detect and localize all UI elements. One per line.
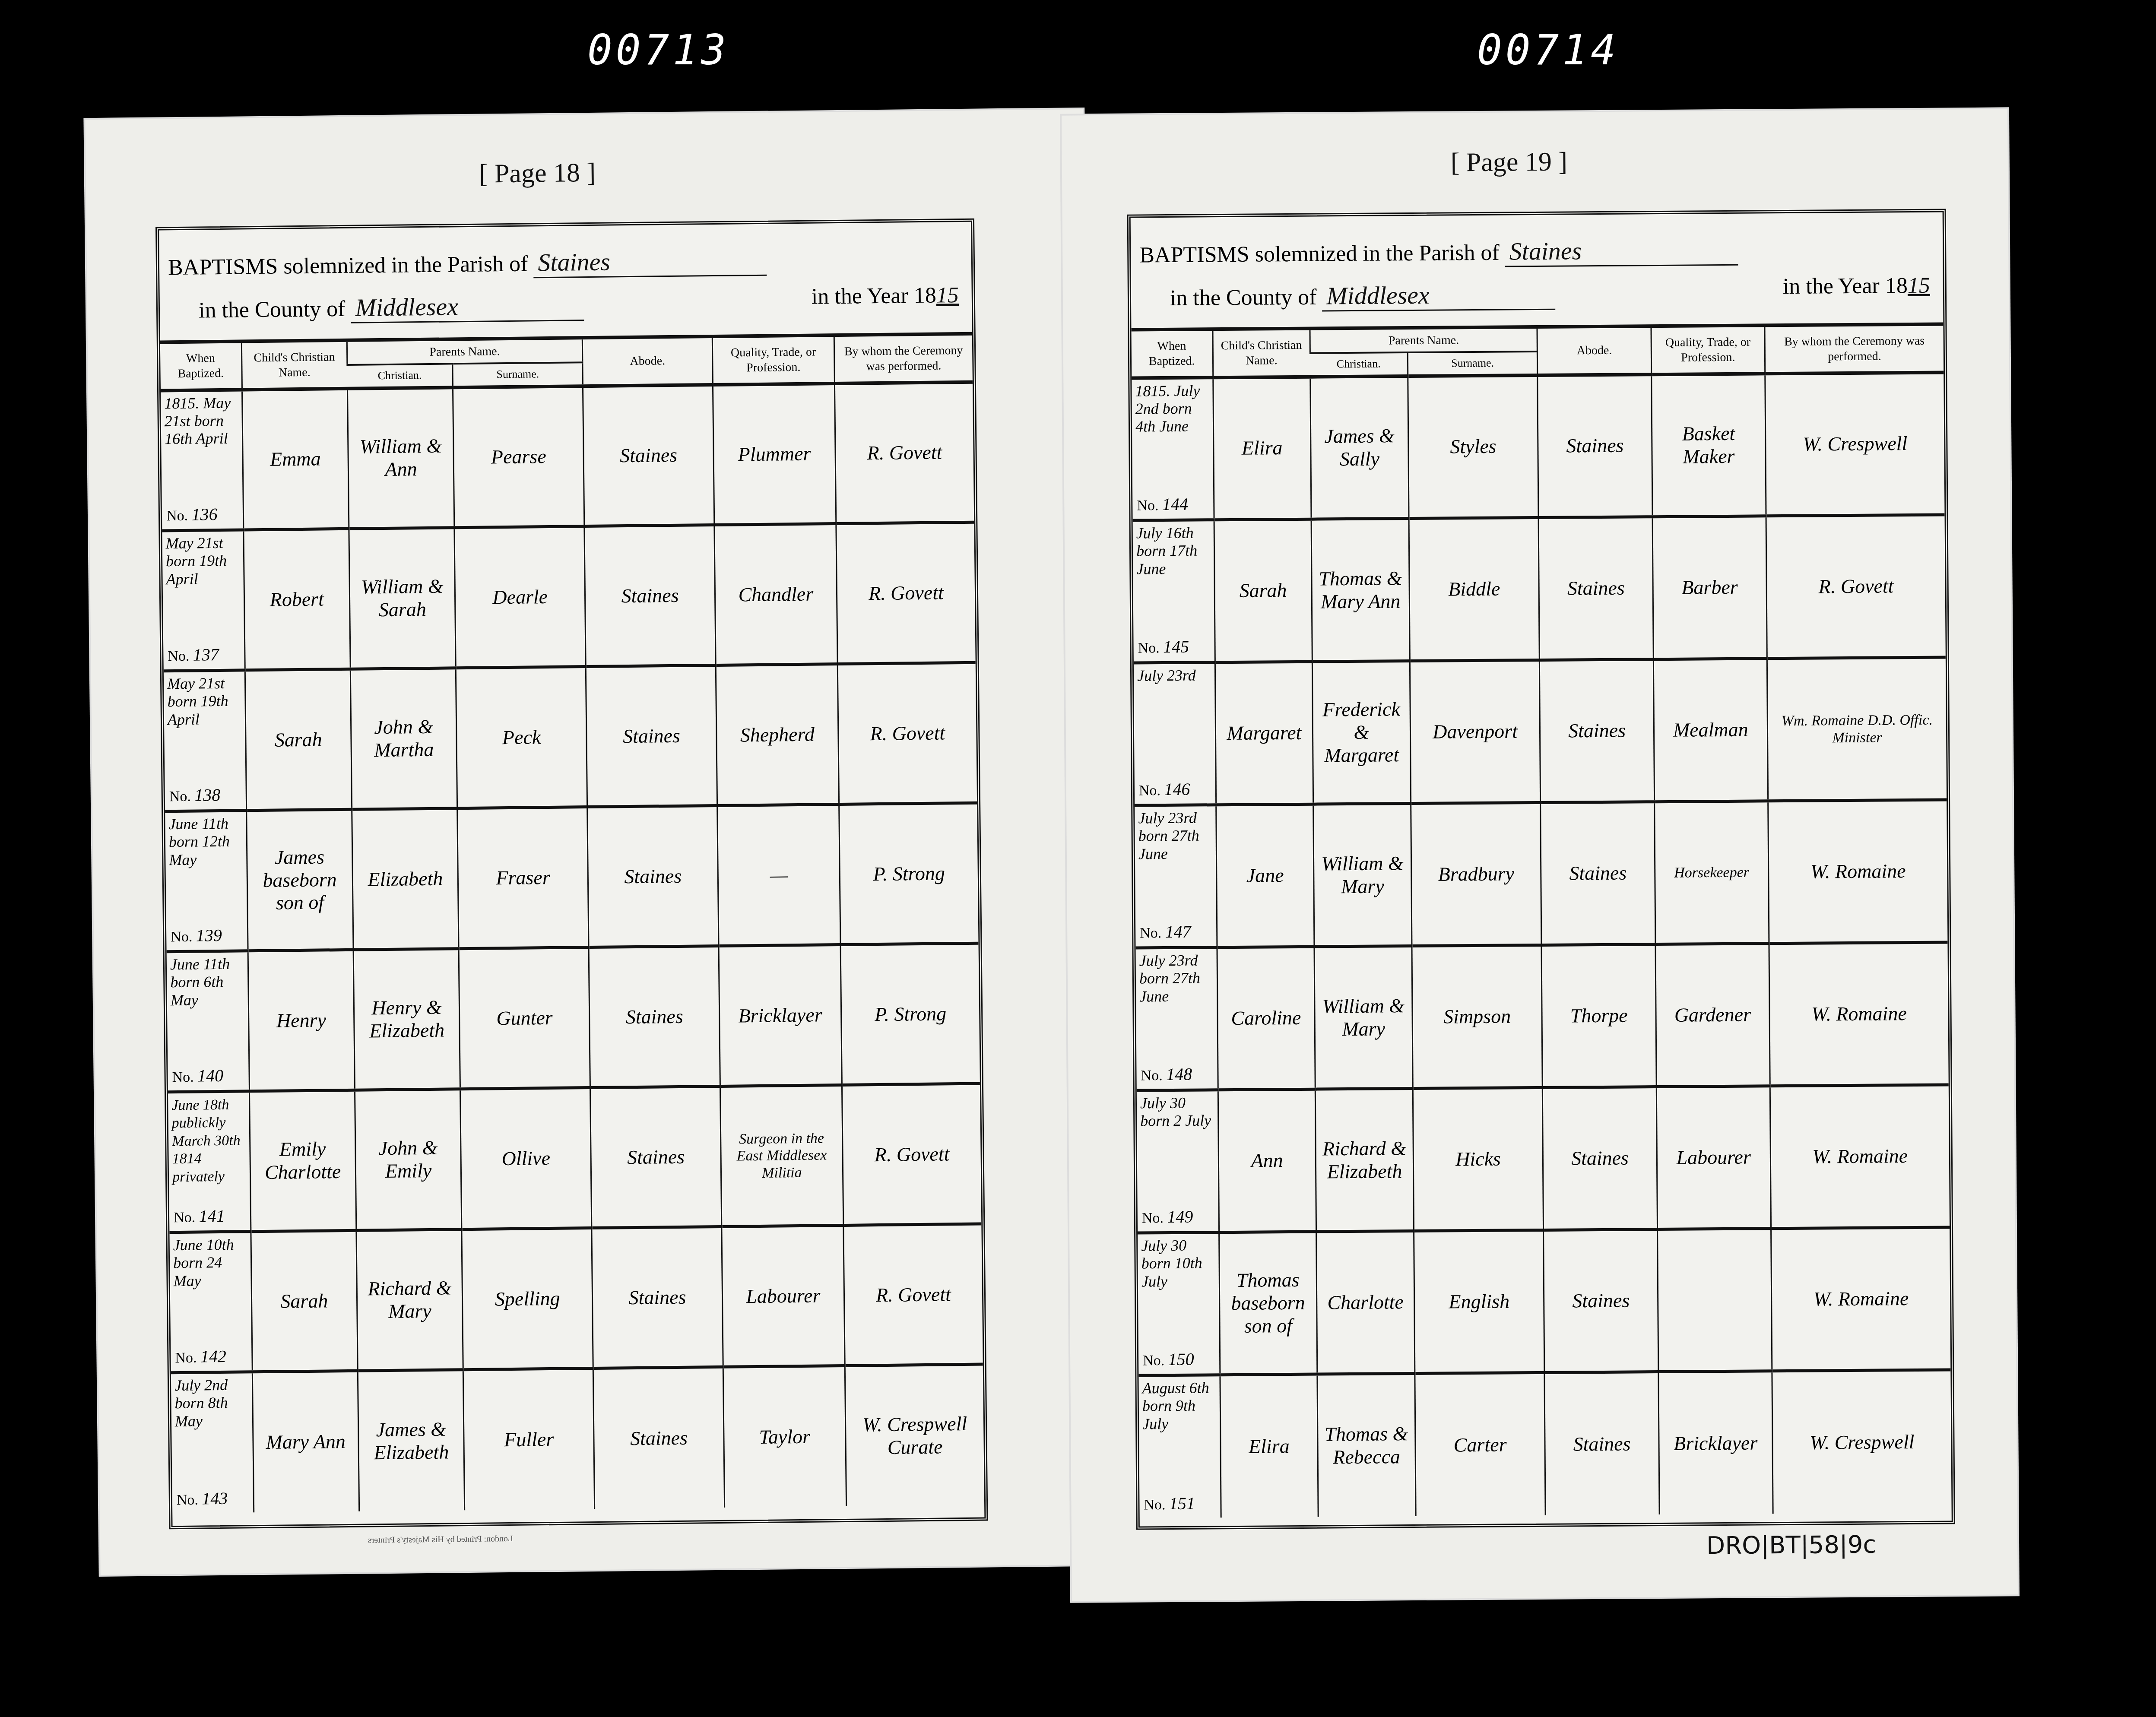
when-cell: 1815. May 21st born 16th AprilNo. 136 bbox=[161, 390, 243, 531]
trade-cell: Gardener bbox=[1655, 944, 1770, 1087]
when-cell: July 16th born 17th JuneNo. 145 bbox=[1133, 520, 1215, 663]
trade-cell: Mealman bbox=[1653, 659, 1768, 802]
entry-number: No. 146 bbox=[1139, 779, 1190, 800]
baptism-register: BAPTISMS solemnized in the Parish of Sta… bbox=[155, 219, 988, 1530]
col-by-whom: By whom the Ceremony was performed. bbox=[1765, 326, 1944, 373]
col-when: When Baptized. bbox=[1132, 331, 1213, 378]
table-row: May 21st born 19th AprilNo. 137RobertWil… bbox=[162, 522, 975, 671]
col-abode: Abode. bbox=[1537, 328, 1651, 375]
abode-cell: Thorpe bbox=[1541, 944, 1656, 1088]
register-header: BAPTISMS solemnized in the Parish of Sta… bbox=[1131, 212, 1944, 331]
when-cell: July 30 born 2 JulyNo. 149 bbox=[1137, 1090, 1219, 1233]
child-cell: Sarah bbox=[250, 1230, 358, 1372]
child-cell: Ann bbox=[1218, 1089, 1316, 1232]
printer-imprint: London: Printed by His Majesty's Printer… bbox=[368, 1534, 514, 1546]
abode-cell: Staines bbox=[590, 1086, 722, 1228]
frame-number-right: 00714 bbox=[1477, 26, 1619, 74]
table-row: June 18th publickly March 30th 1814 priv… bbox=[168, 1083, 981, 1232]
when-cell: June 18th publickly March 30th 1814 priv… bbox=[168, 1091, 250, 1232]
col-parents: Parents Name. bbox=[347, 339, 583, 365]
abode-cell: Staines bbox=[1538, 374, 1652, 518]
entry-number: No. 151 bbox=[1144, 1493, 1195, 1514]
county-label: in the County of bbox=[199, 297, 346, 323]
child-cell: Thomas baseborn son of bbox=[1219, 1232, 1317, 1375]
abode-cell: Staines bbox=[584, 525, 716, 666]
minister-cell: R. Govett bbox=[842, 1083, 981, 1225]
parish-name: Staines bbox=[533, 246, 767, 279]
table-row: 1815. July 2nd born 4th JuneNo. 144Elira… bbox=[1132, 372, 1944, 520]
trade-cell bbox=[1657, 1229, 1772, 1372]
col-child: Child's Christian Name. bbox=[1213, 330, 1310, 377]
abode-cell: Staines bbox=[1544, 1229, 1658, 1373]
entry-number: No. 147 bbox=[1140, 922, 1191, 942]
minister-cell: P. Strong bbox=[839, 803, 978, 944]
when-cell: July 30 born 10th JulyNo. 150 bbox=[1138, 1232, 1220, 1375]
surname-cell: Pearse bbox=[453, 386, 584, 528]
parent-christian-cell: Richard & Elizabeth bbox=[1315, 1089, 1414, 1232]
trade-cell: Barber bbox=[1652, 516, 1767, 659]
minister-cell: R. Govett bbox=[1766, 515, 1946, 659]
entry-number: No. 142 bbox=[175, 1346, 226, 1367]
surname-cell: Styles bbox=[1408, 375, 1538, 519]
county-name: Middlesex bbox=[351, 291, 584, 323]
table-row: July 23rd born 27th JuneNo. 148CarolineW… bbox=[1135, 942, 1948, 1090]
child-cell: James baseborn son of bbox=[246, 809, 353, 951]
surname-cell: Ollive bbox=[460, 1088, 592, 1229]
abode-cell: Staines bbox=[1540, 659, 1654, 803]
col-parent-christian: Christian. bbox=[347, 364, 453, 388]
surname-cell: Bradbury bbox=[1411, 802, 1541, 946]
parent-christian-cell: Richard & Mary bbox=[356, 1229, 463, 1371]
abode-cell: Staines bbox=[593, 1367, 724, 1508]
when-cell: August 6th born 9th JulyNo. 151 bbox=[1138, 1375, 1221, 1518]
abode-cell: Staines bbox=[583, 385, 714, 526]
table-row: June 11th born 6th MayNo. 140HenryHenry … bbox=[167, 943, 980, 1092]
table-row: July 30 born 2 JulyNo. 149AnnRichard & E… bbox=[1137, 1085, 1950, 1233]
abode-cell: Staines bbox=[1544, 1372, 1659, 1515]
trade-cell: — bbox=[717, 805, 840, 946]
when-cell: May 21st born 19th AprilNo. 138 bbox=[164, 670, 246, 811]
year-suffix: 15 bbox=[1908, 273, 1930, 298]
abode-cell: Staines bbox=[586, 665, 717, 807]
parent-christian-cell: Charlotte bbox=[1316, 1231, 1415, 1375]
parent-christian-cell: William & Ann bbox=[347, 387, 454, 529]
trade-cell: Basket Maker bbox=[1651, 374, 1766, 517]
abode-cell: Staines bbox=[1539, 517, 1653, 660]
table-row: June 10th born 24 MayNo. 142SarahRichard… bbox=[169, 1224, 983, 1373]
parent-christian-cell: Thomas & Mary Ann bbox=[1311, 519, 1410, 662]
parent-christian-cell: John & Martha bbox=[350, 668, 457, 810]
surname-cell: Peck bbox=[456, 667, 587, 808]
baptism-table: When Baptized. Child's Christian Name. P… bbox=[160, 336, 984, 1513]
page-label: [ Page 18 ] bbox=[479, 158, 596, 190]
minister-cell: W. Romaine bbox=[1768, 800, 1947, 944]
parent-christian-cell: William & Mary bbox=[1313, 804, 1412, 947]
minister-cell: W. Crespwell bbox=[1772, 1370, 1952, 1514]
child-cell: Sarah bbox=[1214, 519, 1313, 662]
year-label: in the Year 18 bbox=[812, 283, 936, 309]
col-parent-surname: Surname. bbox=[453, 362, 583, 387]
minister-cell: W. Romaine bbox=[1769, 942, 1949, 1086]
table-row: July 23rdNo. 146MargaretFrederick & Marg… bbox=[1134, 657, 1947, 805]
abode-cell: Staines bbox=[592, 1226, 723, 1368]
trade-cell: Labourer bbox=[722, 1225, 845, 1367]
minister-cell: R. Govett bbox=[843, 1224, 983, 1365]
table-row: August 6th born 9th JulyNo. 151EliraThom… bbox=[1138, 1370, 1951, 1518]
entry-number: No. 139 bbox=[171, 925, 222, 946]
table-row: June 11th born 12th MayNo. 139James base… bbox=[165, 803, 978, 952]
entry-number: No. 145 bbox=[1138, 637, 1189, 657]
county-name: Middlesex bbox=[1322, 280, 1555, 312]
trade-cell: Surgeon in the East Middlesex Militia bbox=[720, 1085, 843, 1226]
child-cell: Caroline bbox=[1217, 947, 1315, 1090]
entry-number: No. 150 bbox=[1143, 1350, 1194, 1370]
minister-cell: W. Romaine bbox=[1771, 1227, 1950, 1371]
year-label: in the Year 18 bbox=[1783, 273, 1908, 299]
minister-cell: R. Govett bbox=[834, 382, 974, 523]
child-cell: Elira bbox=[1220, 1374, 1318, 1517]
col-trade: Quality, Trade, or Profession. bbox=[712, 337, 834, 384]
table-row: July 23rd born 27th JuneNo. 147JaneWilli… bbox=[1135, 800, 1947, 948]
entry-number: No. 137 bbox=[168, 645, 219, 665]
child-cell: Robert bbox=[243, 529, 350, 670]
entry-number: No. 148 bbox=[1141, 1064, 1192, 1085]
table-row: 1815. May 21st born 16th AprilNo. 136Emm… bbox=[161, 382, 974, 531]
when-cell: June 11th born 6th MayNo. 140 bbox=[167, 951, 249, 1092]
when-cell: June 10th born 24 MayNo. 142 bbox=[169, 1232, 252, 1373]
table-row: July 2nd born 8th MayNo. 143Mary AnnJame… bbox=[171, 1364, 984, 1513]
child-cell: Elira bbox=[1213, 377, 1311, 520]
child-cell: Emma bbox=[242, 388, 349, 530]
minister-cell: R. Govett bbox=[836, 522, 976, 664]
trade-cell: Bricklayer bbox=[719, 944, 842, 1086]
parent-christian-cell: John & Emily bbox=[355, 1089, 462, 1231]
entry-number: No. 143 bbox=[177, 1488, 228, 1508]
register-page-right: [ Page 19 ] BAPTISMS solemnized in the P… bbox=[1062, 109, 2018, 1601]
baptism-register: BAPTISMS solemnized in the Parish of Sta… bbox=[1127, 209, 1955, 1530]
child-cell: Jane bbox=[1216, 804, 1314, 947]
register-page-left: [ Page 18 ] BAPTISMS solemnized in the P… bbox=[85, 109, 1098, 1575]
abode-cell: Staines bbox=[589, 946, 720, 1087]
minister-cell: W. Crespwell bbox=[1765, 372, 1945, 516]
abode-cell: Staines bbox=[1543, 1087, 1657, 1230]
when-cell: June 11th born 12th MayNo. 139 bbox=[165, 811, 247, 952]
table-row: May 21st born 19th AprilNo. 138SarahJohn… bbox=[164, 662, 977, 811]
surname-cell: Spelling bbox=[462, 1228, 593, 1370]
col-parent-surname: Surname. bbox=[1408, 352, 1538, 376]
when-cell: 1815. July 2nd born 4th JuneNo. 144 bbox=[1132, 377, 1214, 520]
trade-cell: Shepherd bbox=[716, 664, 839, 806]
year-suffix: 15 bbox=[936, 283, 959, 308]
parent-christian-cell: Frederick & Margaret bbox=[1312, 661, 1411, 805]
trade-cell: Taylor bbox=[723, 1365, 846, 1507]
col-when: When Baptized. bbox=[160, 343, 242, 390]
when-cell: July 23rdNo. 146 bbox=[1134, 662, 1216, 805]
col-by-whom: By whom the Ceremony was performed. bbox=[834, 336, 973, 383]
page-label: [ Page 19 ] bbox=[1451, 147, 1568, 178]
surname-cell: Fuller bbox=[463, 1369, 595, 1510]
minister-cell: Wm. Romaine D.D. Offic. Minister bbox=[1767, 657, 1947, 801]
surname-cell: Dearle bbox=[454, 526, 586, 668]
surname-cell: Fraser bbox=[457, 807, 589, 949]
parent-christian-cell: William & Mary bbox=[1314, 946, 1413, 1090]
surname-cell: English bbox=[1414, 1230, 1544, 1373]
surname-cell: Carter bbox=[1415, 1372, 1546, 1516]
table-row: July 16th born 17th JuneNo. 145SarahThom… bbox=[1133, 515, 1946, 663]
trade-cell: Chandler bbox=[714, 524, 837, 665]
register-title: BAPTISMS solemnized in the Parish of bbox=[1139, 241, 1500, 268]
entry-number: No. 141 bbox=[174, 1206, 225, 1226]
trade-cell: Plummer bbox=[713, 383, 836, 525]
minister-cell: R. Govett bbox=[837, 662, 977, 804]
entry-number: No. 144 bbox=[1137, 494, 1188, 515]
trade-cell: Labourer bbox=[1656, 1086, 1771, 1229]
register-title: BAPTISMS solemnized in the Parish of bbox=[168, 251, 528, 280]
trade-cell: Horsekeeper bbox=[1654, 801, 1769, 944]
minister-cell: W. Romaine bbox=[1770, 1085, 1950, 1229]
col-abode: Abode. bbox=[582, 338, 713, 386]
when-cell: July 23rd born 27th JuneNo. 148 bbox=[1135, 947, 1218, 1090]
when-cell: July 23rd born 27th JuneNo. 147 bbox=[1135, 805, 1217, 948]
child-cell: Mary Ann bbox=[252, 1371, 359, 1512]
surname-cell: Biddle bbox=[1409, 517, 1540, 661]
parent-christian-cell: James & Sally bbox=[1310, 376, 1409, 520]
parent-christian-cell: Elizabeth bbox=[352, 808, 459, 950]
parent-christian-cell: Henry & Elizabeth bbox=[353, 949, 460, 1090]
trade-cell: Bricklayer bbox=[1658, 1371, 1773, 1514]
entry-number: No. 138 bbox=[169, 785, 221, 805]
parent-christian-cell: William & Sarah bbox=[349, 528, 456, 669]
child-cell: Sarah bbox=[245, 669, 352, 811]
col-child: Child's Christian Name. bbox=[241, 342, 348, 390]
archive-reference: DRO|BT|58|9c bbox=[1706, 1531, 1876, 1560]
entry-number: No. 149 bbox=[1142, 1207, 1193, 1227]
baptism-table: When Baptized. Child's Christian Name. P… bbox=[1132, 326, 1952, 1518]
abode-cell: Staines bbox=[587, 805, 719, 947]
col-parents: Parents Name. bbox=[1310, 329, 1538, 353]
frame-number-left: 00713 bbox=[587, 26, 729, 74]
register-header: BAPTISMS solemnized in the Parish of Sta… bbox=[159, 222, 972, 344]
col-parent-christian: Christian. bbox=[1310, 352, 1408, 377]
surname-cell: Hicks bbox=[1413, 1087, 1544, 1231]
surname-cell: Gunter bbox=[459, 947, 590, 1089]
parent-christian-cell: James & Elizabeth bbox=[358, 1370, 465, 1511]
table-row: July 30 born 10th JulyNo. 150Thomas base… bbox=[1138, 1227, 1950, 1375]
when-cell: July 2nd born 8th MayNo. 143 bbox=[171, 1372, 254, 1513]
entry-number: No. 140 bbox=[172, 1066, 223, 1086]
entry-number: No. 136 bbox=[166, 504, 218, 525]
child-cell: Emily Charlotte bbox=[249, 1090, 356, 1232]
surname-cell: Simpson bbox=[1412, 945, 1543, 1088]
county-label: in the County of bbox=[1170, 285, 1317, 310]
minister-cell: P. Strong bbox=[840, 943, 980, 1085]
col-trade: Quality, Trade, or Profession. bbox=[1651, 327, 1765, 374]
when-cell: May 21st born 19th AprilNo. 137 bbox=[162, 530, 244, 671]
abode-cell: Staines bbox=[1541, 802, 1655, 945]
surname-cell: Davenport bbox=[1410, 660, 1541, 803]
child-cell: Margaret bbox=[1215, 662, 1313, 805]
minister-cell: W. Crespwell Curate bbox=[845, 1364, 984, 1506]
child-cell: Henry bbox=[248, 950, 355, 1091]
parish-name: Staines bbox=[1505, 235, 1738, 267]
parent-christian-cell: Thomas & Rebecca bbox=[1317, 1374, 1416, 1517]
